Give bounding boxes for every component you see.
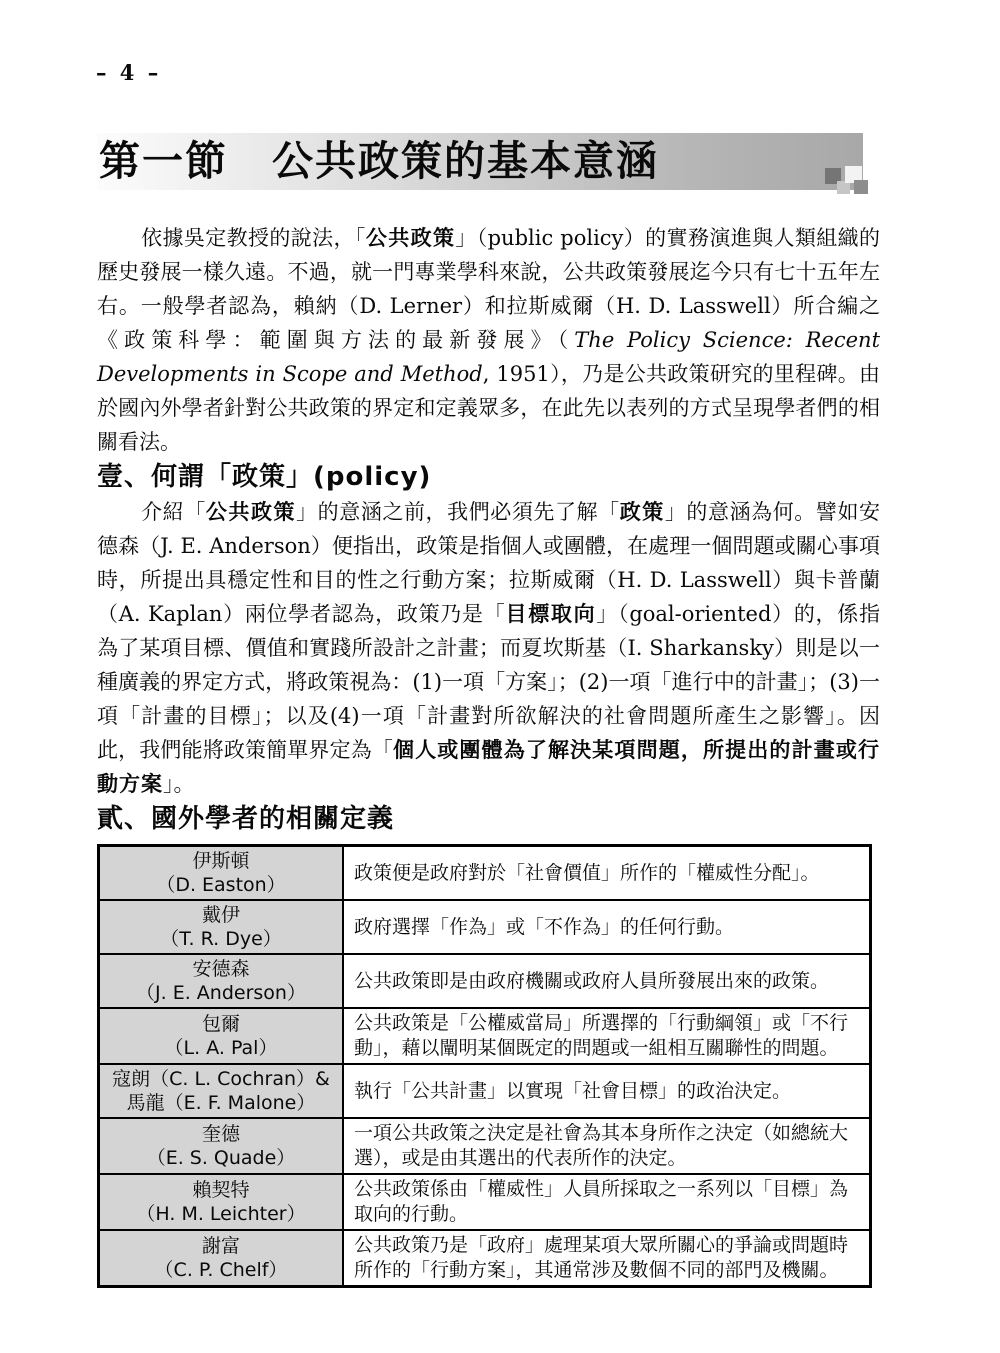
section-number: 第一節: [99, 141, 228, 182]
scholar-name-cell: 寇朗（C. L. Cochran）& 馬龍（E. F. Malone）: [99, 1064, 344, 1118]
emphasis-goal-oriented: 目標取向: [505, 601, 596, 626]
table-row: 賴契特 （H. M. Leichter） 公共政策係由「權威性」人員所採取之一系…: [99, 1174, 871, 1230]
scholar-en: （T. R. Dye）: [104, 927, 338, 951]
text-run: 介紹「: [141, 500, 206, 524]
definition-cell: 政府選擇「作為」或「不作為」的任何行動。: [343, 900, 871, 954]
scholar-en: （D. Easton）: [104, 873, 338, 897]
definition-cell: 公共政策即是由政府機關或政府人員所發展出來的政策。: [343, 954, 871, 1008]
definition-cell: 公共政策乃是「政府」處理某項大眾所關心的爭論或問題時所作的「行動方案」，其通常涉…: [343, 1230, 871, 1287]
definition-cell: 政策便是政府對於「社會價值」所作的「權威性分配」。: [343, 846, 871, 901]
definitions-table: 伊斯頓 （D. Easton） 政策便是政府對於「社會價值」所作的「權威性分配」…: [97, 844, 872, 1288]
definition-cell: 一項公共政策之決定是社會為其本身所作之決定（如總統大選），或是由其選出的代表所作…: [343, 1118, 871, 1174]
text-run: 」。: [163, 772, 195, 796]
text-run: 」的意涵之前，我們必須先了解「: [296, 500, 620, 524]
scholar-name-cell: 賴契特 （H. M. Leichter）: [99, 1174, 344, 1230]
scholar-name-cell: 奎德 （E. S. Quade）: [99, 1118, 344, 1174]
scholar-en: （L. A. Pal）: [104, 1036, 338, 1060]
scholar-en: （E. S. Quade）: [104, 1146, 338, 1170]
section-title: 公共政策的基本意涵: [272, 141, 659, 182]
table-row: 戴伊 （T. R. Dye） 政府選擇「作為」或「不作為」的任何行動。: [99, 900, 871, 954]
scholar-zh: 賴契特: [104, 1178, 338, 1202]
definition-cell: 公共政策是「公權威當局」所選擇的「行動綱領」或「不行動」，藉以闡明某個既定的問題…: [343, 1008, 871, 1064]
scholar-en: （J. E. Anderson）: [104, 981, 338, 1005]
table-row: 安德森 （J. E. Anderson） 公共政策即是由政府機關或政府人員所發展…: [99, 954, 871, 1008]
definition-cell: 公共政策係由「權威性」人員所採取之一系列以「目標」為取向的行動。: [343, 1174, 871, 1230]
scholar-zh: 謝富: [104, 1234, 338, 1258]
table-row: 謝富 （C. P. Chelf） 公共政策乃是「政府」處理某項大眾所關心的爭論或…: [99, 1230, 871, 1287]
scholar-name-cell: 包爾 （L. A. Pal）: [99, 1008, 344, 1064]
scholar-name-cell: 謝富 （C. P. Chelf）: [99, 1230, 344, 1287]
page-number: – 4 –: [96, 60, 161, 85]
scholar-name-cell: 安德森 （J. E. Anderson）: [99, 954, 344, 1008]
deco-square-gray: [854, 180, 868, 194]
scholar-en: （C. P. Chelf）: [104, 1258, 338, 1282]
section-header-bar: 第一節 公共政策的基本意涵: [97, 133, 863, 190]
table-row: 寇朗（C. L. Cochran）& 馬龍（E. F. Malone） 執行「公…: [99, 1064, 871, 1118]
definition-cell: 執行「公共計畫」以實現「社會目標」的政治決定。: [343, 1064, 871, 1118]
scholar-zh: 安德森: [104, 957, 338, 981]
emphasis-public-policy: 公共政策: [366, 225, 456, 250]
emphasis-public-policy: 公共政策: [206, 499, 296, 524]
heading-what-is-policy: 壹、何謂「政策」(policy): [97, 459, 880, 495]
scholar-zh: 戴伊: [104, 903, 338, 927]
scholar-en: 馬龍（E. F. Malone）: [104, 1091, 338, 1115]
scholar-en: （H. M. Leichter）: [104, 1202, 338, 1226]
scholar-zh: 寇朗（C. L. Cochran）&: [104, 1067, 338, 1091]
emphasis-policy: 政策: [620, 499, 665, 524]
scholar-name-cell: 戴伊 （T. R. Dye）: [99, 900, 344, 954]
scholar-name-cell: 伊斯頓 （D. Easton）: [99, 846, 344, 901]
intro-paragraph: 依據吳定教授的說法，「公共政策」（public policy）的實務演進與人類組…: [97, 221, 880, 459]
text-run: 依據吳定教授的說法，「: [141, 226, 366, 250]
table-row: 包爾 （L. A. Pal） 公共政策是「公權威當局」所選擇的「行動綱領」或「不…: [99, 1008, 871, 1064]
scholar-zh: 包爾: [104, 1012, 338, 1036]
page-content: 依據吳定教授的說法，「公共政策」（public policy）的實務演進與人類組…: [97, 221, 880, 1288]
table-row: 伊斯頓 （D. Easton） 政策便是政府對於「社會價值」所作的「權威性分配」…: [99, 846, 871, 901]
policy-definition-paragraph: 介紹「公共政策」的意涵之前，我們必須先了解「政策」的意涵為何。譬如安德森（J. …: [97, 495, 880, 801]
table-row: 奎德 （E. S. Quade） 一項公共政策之決定是社會為其本身所作之決定（如…: [99, 1118, 871, 1174]
heading-foreign-scholar-definitions: 貳、國外學者的相關定義: [97, 801, 880, 837]
scholar-zh: 奎德: [104, 1122, 338, 1146]
scholar-zh: 伊斯頓: [104, 849, 338, 873]
